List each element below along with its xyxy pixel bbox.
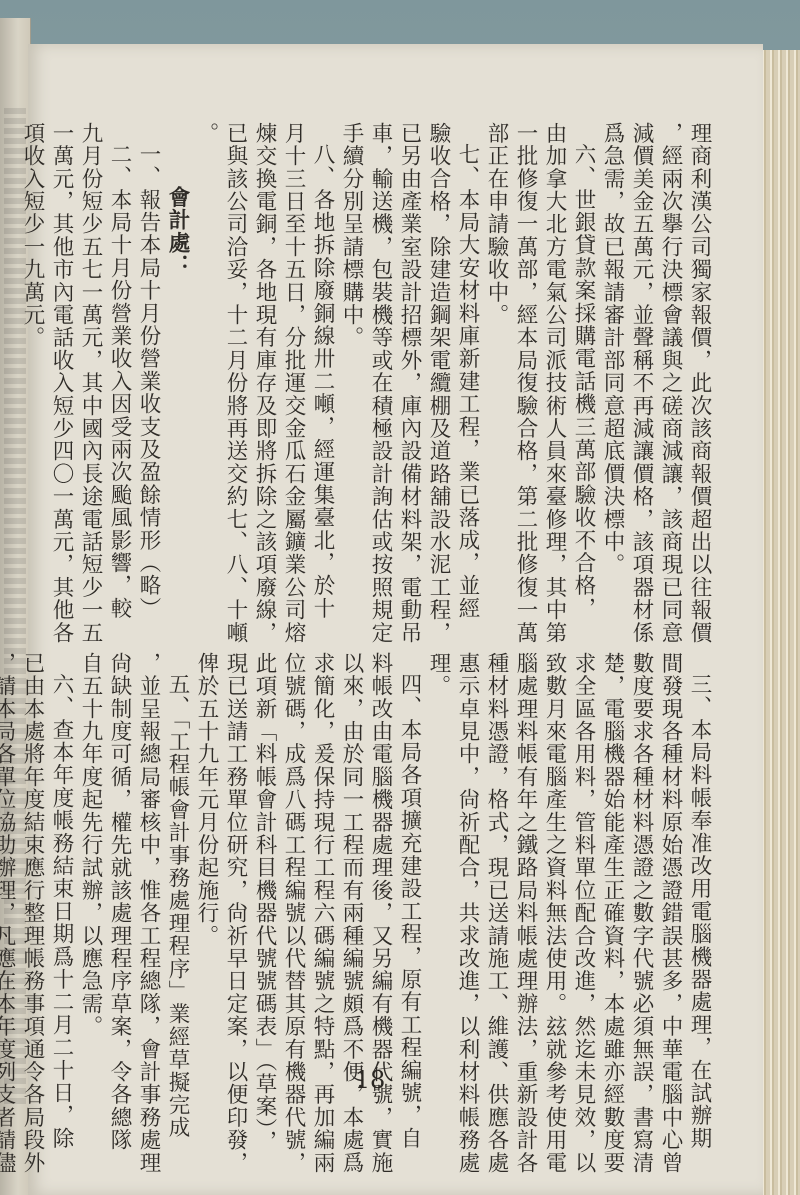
top-text-column: ，經兩次擧行決標會議與之磋商減讓，該商現已同意 <box>656 122 685 592</box>
top-text-column: 部正在申請驗收中。 <box>482 122 511 592</box>
top-text-column: 減價美金五萬元，並聲稱不再減讓價格，該項器材係 <box>627 122 656 592</box>
bottom-text-column: 致數月來電腦產生之資料無法使用。玆就參考使用電 <box>540 652 569 1122</box>
top-text-column: 一批修復一萬部，經本局復驗合格，第二批修復一萬 <box>511 122 540 592</box>
bottom-text-column: 以來，由於同一工程而有兩種編號頗爲不便，本處爲 <box>337 652 366 1122</box>
top-text-column: 八、各地拆除廢銅線卅二噸，經運集臺北，於十 <box>308 122 337 592</box>
top-text-column: 由加拿大北方電氣公司派技術人員來臺修理，其中第 <box>540 122 569 592</box>
top-text-column: 月十三日至十五日，分批運交金瓜石金屬鑛業公司熔 <box>279 122 308 592</box>
top-text-column: 驗收合格，除建造鋼架電纜棚及道路舖設水泥工程， <box>424 122 453 592</box>
bottom-text-column: ，並呈報總局審核中，惟各工程總隊，會計事務處理 <box>134 652 163 1122</box>
top-text-column: 手續分別呈請標購中。 <box>337 122 366 592</box>
bottom-text-column: 俾於五十九年元月份起施行。 <box>192 652 221 1122</box>
top-text-column: 煉交換電銅，各地現有庫存及即將拆除之該項廢線， <box>250 122 279 592</box>
bottom-text-column: 間發現各種材料原始憑證錯誤甚多，中華電腦中心曾 <box>656 652 685 1122</box>
top-text-column: 理商利漢公司獨家報價，此次該商報價超出以往報價 <box>685 122 714 592</box>
top-text-column: 。 <box>192 122 221 592</box>
bottom-text-column: 數度要求各種材料憑證之數字代號必須無誤，書寫清 <box>627 652 656 1122</box>
bottom-text-column: 求簡化，爰保持現行工程六碼編號之特點，再加編兩 <box>308 652 337 1122</box>
bottom-text-column: 六、查本年度帳務結束日期爲十二月二十日，除 <box>47 652 76 1122</box>
page-number: 18 <box>340 1066 400 1094</box>
bottom-text-column: ，請本局各單位協助辦理，凡應在本年度列支者請儘 <box>0 652 18 1122</box>
bottom-text-column: 現已送請工務單位研究，尙祈早日定案，以便印發， <box>221 652 250 1122</box>
bottom-text-column: 位號碼，成爲八碼工程編號以代替其原有機器代號， <box>279 652 308 1122</box>
bottom-text-column: 惠示卓見中，尙祈配合，共求改進，以利材料帳務處 <box>453 652 482 1122</box>
top-text-column: 七、本局大安材料庫新建工程，業已落成，並經 <box>453 122 482 592</box>
top-text-column: 九月份短少五七一萬元，其中國內長途電話短少一五 <box>76 122 105 592</box>
bottom-text-column: 四、本局各項擴充建設工程，原有工程編號，自 <box>395 652 424 1122</box>
top-text-column: 已另由產業室設計招標外，庫內設備材料架，電動吊 <box>395 122 424 592</box>
top-text-band: 理商利漢公司獨家報價，此次該商報價超出以往報價，經兩次擧行決標會議與之磋商減讓，… <box>74 122 714 592</box>
bottom-text-column: 腦處理料帳有年之鐵路局料帳處理辦法，重新設計各 <box>511 652 540 1122</box>
bottom-text-column: 已由本處將年度結束應行整理帳務事項通令各局段外 <box>18 652 47 1122</box>
bottom-text-column: 楚，電腦機器始能產生正確資料，本處雖亦經數度要 <box>598 652 627 1122</box>
bottom-text-band: 三、本局料帳奉准改用電腦機器處理，在試辦期間發現各種材料原始憑證錯誤甚多，中華電… <box>74 652 714 1122</box>
bottom-text-column: 求全區各用料，管料單位配合改進，然迄未見效，以 <box>569 652 598 1122</box>
bottom-text-column: 尙缺制度可循，權先就該處理程序草案，令各總隊 <box>105 652 134 1122</box>
bottom-text-column: 理。 <box>424 652 453 1122</box>
bottom-text-column: 三、本局料帳奉准改用電腦機器處理，在試辦期 <box>685 652 714 1122</box>
bottom-text-column: 自五十九年度起先行試辦，以應急需。 <box>76 652 105 1122</box>
bottom-text-column: 料帳改由電腦機器處理後，又另編有機器代號，實施 <box>366 652 395 1122</box>
top-text-column: 已與該公司洽妥，十二月份將再送交約七、八、十噸 <box>221 122 250 592</box>
top-text-column: 爲急需，故已報請審計部同意超底價決標中。 <box>598 122 627 592</box>
top-text-column: 二、本局十月份營業收入因受兩次颱風影響，較 <box>105 122 134 592</box>
bottom-text-column: 種材料憑證，格式，現已送請施工、維護、供應各處 <box>482 652 511 1122</box>
book-page-edges <box>758 50 800 1195</box>
top-text-column: 一、報告本局十月份營業收支及盈餘情形（略） <box>134 122 163 592</box>
top-text-column: 車，輸送機，包裝機等或在積極設計詢估或按照規定 <box>366 122 395 592</box>
top-text-column: 項收入短少一九萬元。 <box>18 122 47 592</box>
bottom-text-column: 此項新「料帳會計科目機器代號號碼表」（草案）， <box>250 652 279 1122</box>
section-heading: 會計處： <box>163 122 192 592</box>
top-text-column: 一萬元，其他市內電話收入短少四〇一萬元，其他各 <box>47 122 76 592</box>
top-text-column: 六、世銀貸款案採購電話機三萬部驗收不合格， <box>569 122 598 592</box>
bottom-text-column: 五、「工程帳會計事務處理程序」業經草擬完成 <box>163 652 192 1122</box>
